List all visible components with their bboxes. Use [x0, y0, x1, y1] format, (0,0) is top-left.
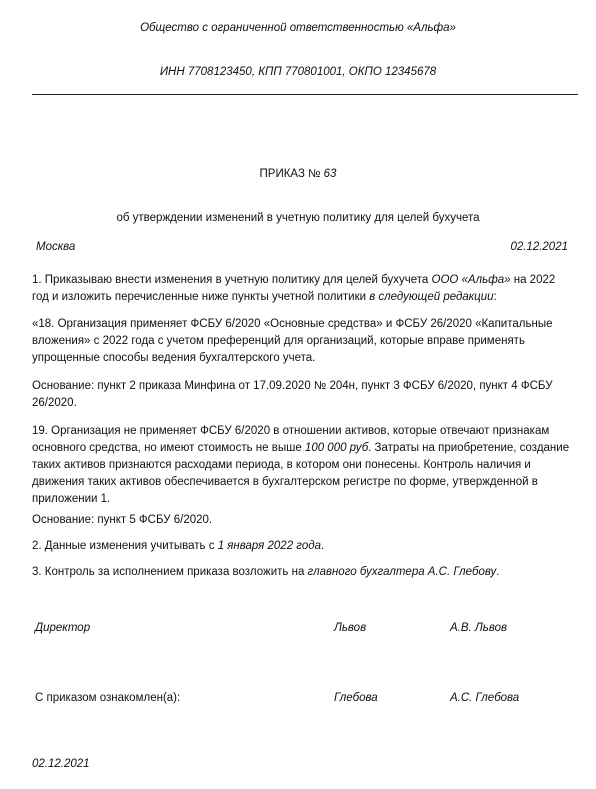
director-signature: Львов: [334, 622, 366, 634]
header-divider: [32, 94, 578, 95]
acknowledged-label: С приказом ознакомлен(а):: [35, 692, 180, 704]
director-name: А.В. Львов: [450, 622, 507, 634]
footer-date: 02.12.2021: [32, 758, 90, 770]
basis-2: Основание: пункт 5 ФСБУ 6/2020.: [32, 512, 572, 529]
director-role: Директор: [35, 622, 90, 634]
order-title: ПРИКАЗ № 63: [0, 168, 596, 180]
paragraph-2: 2. Данные изменения учитывать с 1 января…: [32, 538, 572, 555]
paragraph-18: «18. Организация применяет ФСБУ 6/2020 «…: [32, 316, 572, 367]
order-city: Москва: [36, 241, 75, 253]
basis-1: Основание: пункт 2 приказа Минфина от 17…: [32, 378, 572, 412]
acknowledged-name: А.С. Глебова: [450, 692, 519, 704]
paragraph-3: 3. Контроль за исполнением приказа возло…: [32, 564, 572, 581]
order-subject: об утверждении изменений в учетную полит…: [0, 212, 596, 224]
order-number: 63: [324, 168, 337, 180]
company-name: Общество с ограниченной ответственностью…: [0, 22, 596, 34]
paragraph-1: 1. Приказываю внести изменения в учетную…: [32, 272, 572, 306]
order-date: 02.12.2021: [510, 241, 568, 253]
company-requisites: ИНН 7708123450, КПП 770801001, ОКПО 1234…: [0, 66, 596, 78]
paragraph-19: 19. Организация не применяет ФСБУ 6/2020…: [32, 423, 572, 508]
acknowledged-signature: Глебова: [334, 692, 378, 704]
